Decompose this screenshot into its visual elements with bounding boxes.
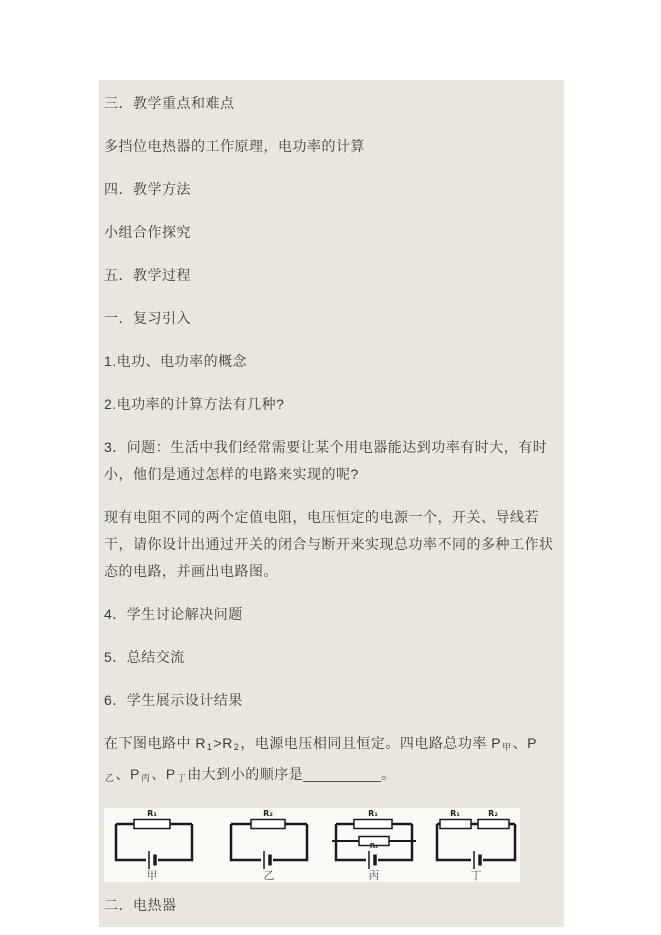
circuit-label-bing: 丙 bbox=[369, 869, 380, 882]
question-text: 由大到小的顺序是 bbox=[187, 766, 303, 782]
subscript-yi: 乙 bbox=[105, 773, 115, 783]
circuit-jia bbox=[116, 820, 192, 870]
section-4-content: 小组合作探究 bbox=[104, 219, 559, 246]
resistor-label-r1: R₁ bbox=[147, 809, 157, 818]
review-item-4: 4．学生讨论解决问题 bbox=[104, 601, 559, 628]
question-text: 。 bbox=[381, 766, 396, 782]
subheading-review-intro: 一．复习引入 bbox=[104, 305, 559, 332]
resistor-label-r2-parallel: R₂ bbox=[370, 842, 378, 850]
document-page: 三．教学重点和难点 多挡位电热器的工作原理，电功率的计算 四．教学方法 小组合作… bbox=[99, 80, 564, 927]
resistor-label-r1: R₁ bbox=[368, 809, 378, 818]
review-item-6: 6．学生展示设计结果 bbox=[104, 687, 559, 714]
review-item-2: 2.电功率的计算方法有几种? bbox=[104, 391, 559, 418]
design-task-paragraph: 现有电阻不同的两个定值电阻，电压恒定的电源一个，开关、导线若干，请你设计出通过开… bbox=[104, 504, 559, 585]
subscript-r2: 2 bbox=[234, 742, 240, 752]
circuit-label-yi: 乙 bbox=[264, 869, 275, 882]
circuit-label-jia: 甲 bbox=[147, 869, 158, 882]
subscript-ding: 丁 bbox=[177, 773, 187, 783]
question-text: 在下图电路中 R bbox=[104, 735, 206, 751]
resistor-label-r2: R₂ bbox=[488, 809, 498, 818]
review-item-5: 5．总结交流 bbox=[104, 644, 559, 671]
circuit-label-ding: 丁 bbox=[471, 869, 482, 882]
review-item-3-question: 3．问题：生活中我们经常需要让某个用电器能达到功率有时大，有时小，他们是通过怎样… bbox=[104, 434, 559, 488]
question-text: ，电源电压相同且恒定。四电路总功率 P bbox=[240, 735, 501, 751]
subscript-bing: 丙 bbox=[141, 773, 151, 783]
circuit-yi bbox=[231, 820, 307, 870]
heading-section-5: 五．教学过程 bbox=[104, 262, 559, 289]
section-3-content: 多挡位电热器的工作原理，电功率的计算 bbox=[104, 133, 559, 160]
resistor-label-r1: R₁ bbox=[450, 809, 460, 818]
review-item-1: 1.电功、电功率的概念 bbox=[104, 348, 559, 375]
subscript-jia: 甲 bbox=[502, 742, 512, 752]
subscript-r1: 1 bbox=[207, 742, 213, 752]
circuit-question-paragraph: 在下图电路中 R1>R2，电源电压相同且恒定。四电路总功率 P甲、P乙、P丙、P… bbox=[104, 730, 559, 792]
heading-section-3: 三．教学重点和难点 bbox=[104, 90, 559, 117]
question-text: 、P bbox=[116, 766, 140, 782]
question-text: >R bbox=[214, 735, 233, 751]
circuit-figure: R₁ 甲 R₂ 乙 bbox=[104, 808, 559, 882]
answer-blank: __________ bbox=[303, 766, 381, 782]
heading-section-2-heater: 二．电热器 bbox=[104, 892, 559, 919]
question-text: 、P bbox=[151, 766, 175, 782]
resistor-label-r2: R₂ bbox=[263, 809, 273, 818]
heading-section-4: 四．教学方法 bbox=[104, 176, 559, 203]
circuit-ding bbox=[437, 820, 515, 870]
question-text: 、P bbox=[513, 735, 537, 751]
